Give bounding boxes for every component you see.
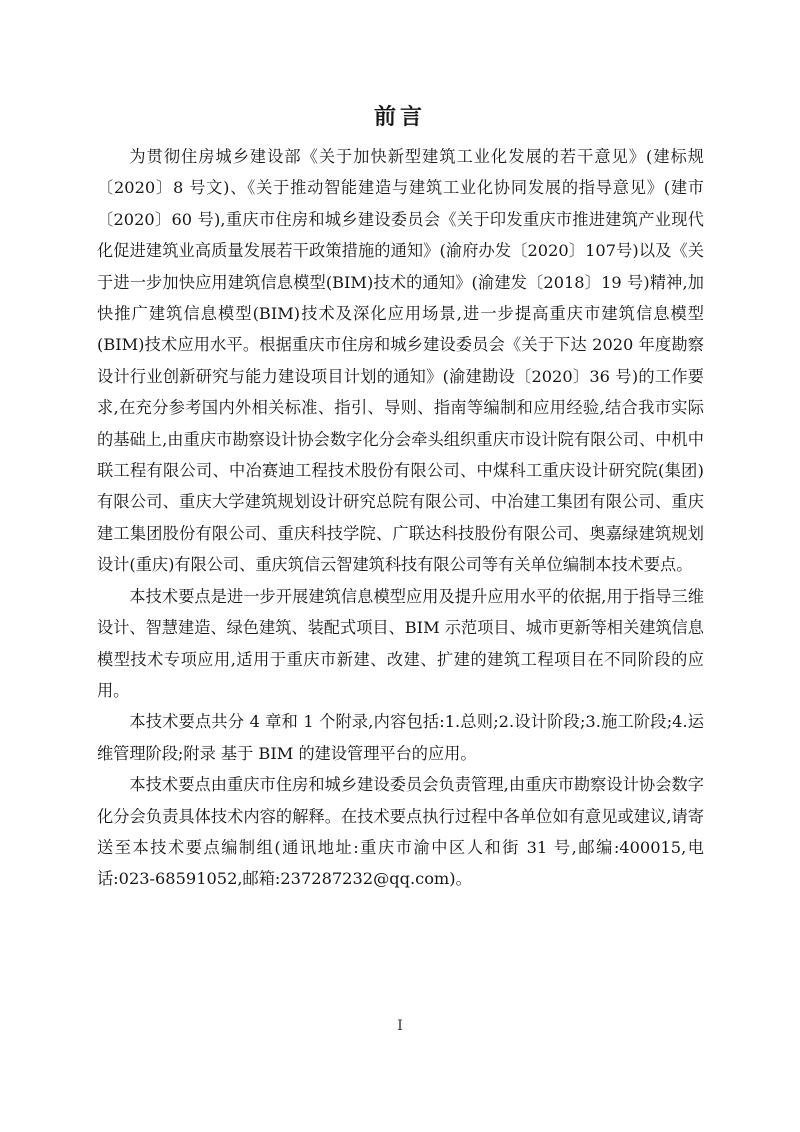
paragraph-4: 本技术要点由重庆市住房和城乡建设委员会负责管理,由重庆市勘察设计协会数字化分会负… xyxy=(97,769,704,895)
page-number: I xyxy=(0,1018,800,1034)
paragraph-2: 本技术要点是进一步开展建筑信息模型应用及提升应用水平的依据,用于指导三维设计、智… xyxy=(97,581,704,707)
paragraph-1: 为贯彻住房城乡建设部《关于加快新型建筑工业化发展的若干意见》(建标规〔2020〕… xyxy=(97,141,704,581)
document-page: 前言 为贯彻住房城乡建设部《关于加快新型建筑工业化发展的若干意见》(建标规〔20… xyxy=(0,0,800,1132)
page-title: 前言 xyxy=(0,100,800,131)
paragraph-3: 本技术要点共分 4 章和 1 个附录,内容包括:1.总则;2.设计阶段;3.施工… xyxy=(97,706,704,769)
document-body: 为贯彻住房城乡建设部《关于加快新型建筑工业化发展的若干意见》(建标规〔2020〕… xyxy=(97,141,704,895)
